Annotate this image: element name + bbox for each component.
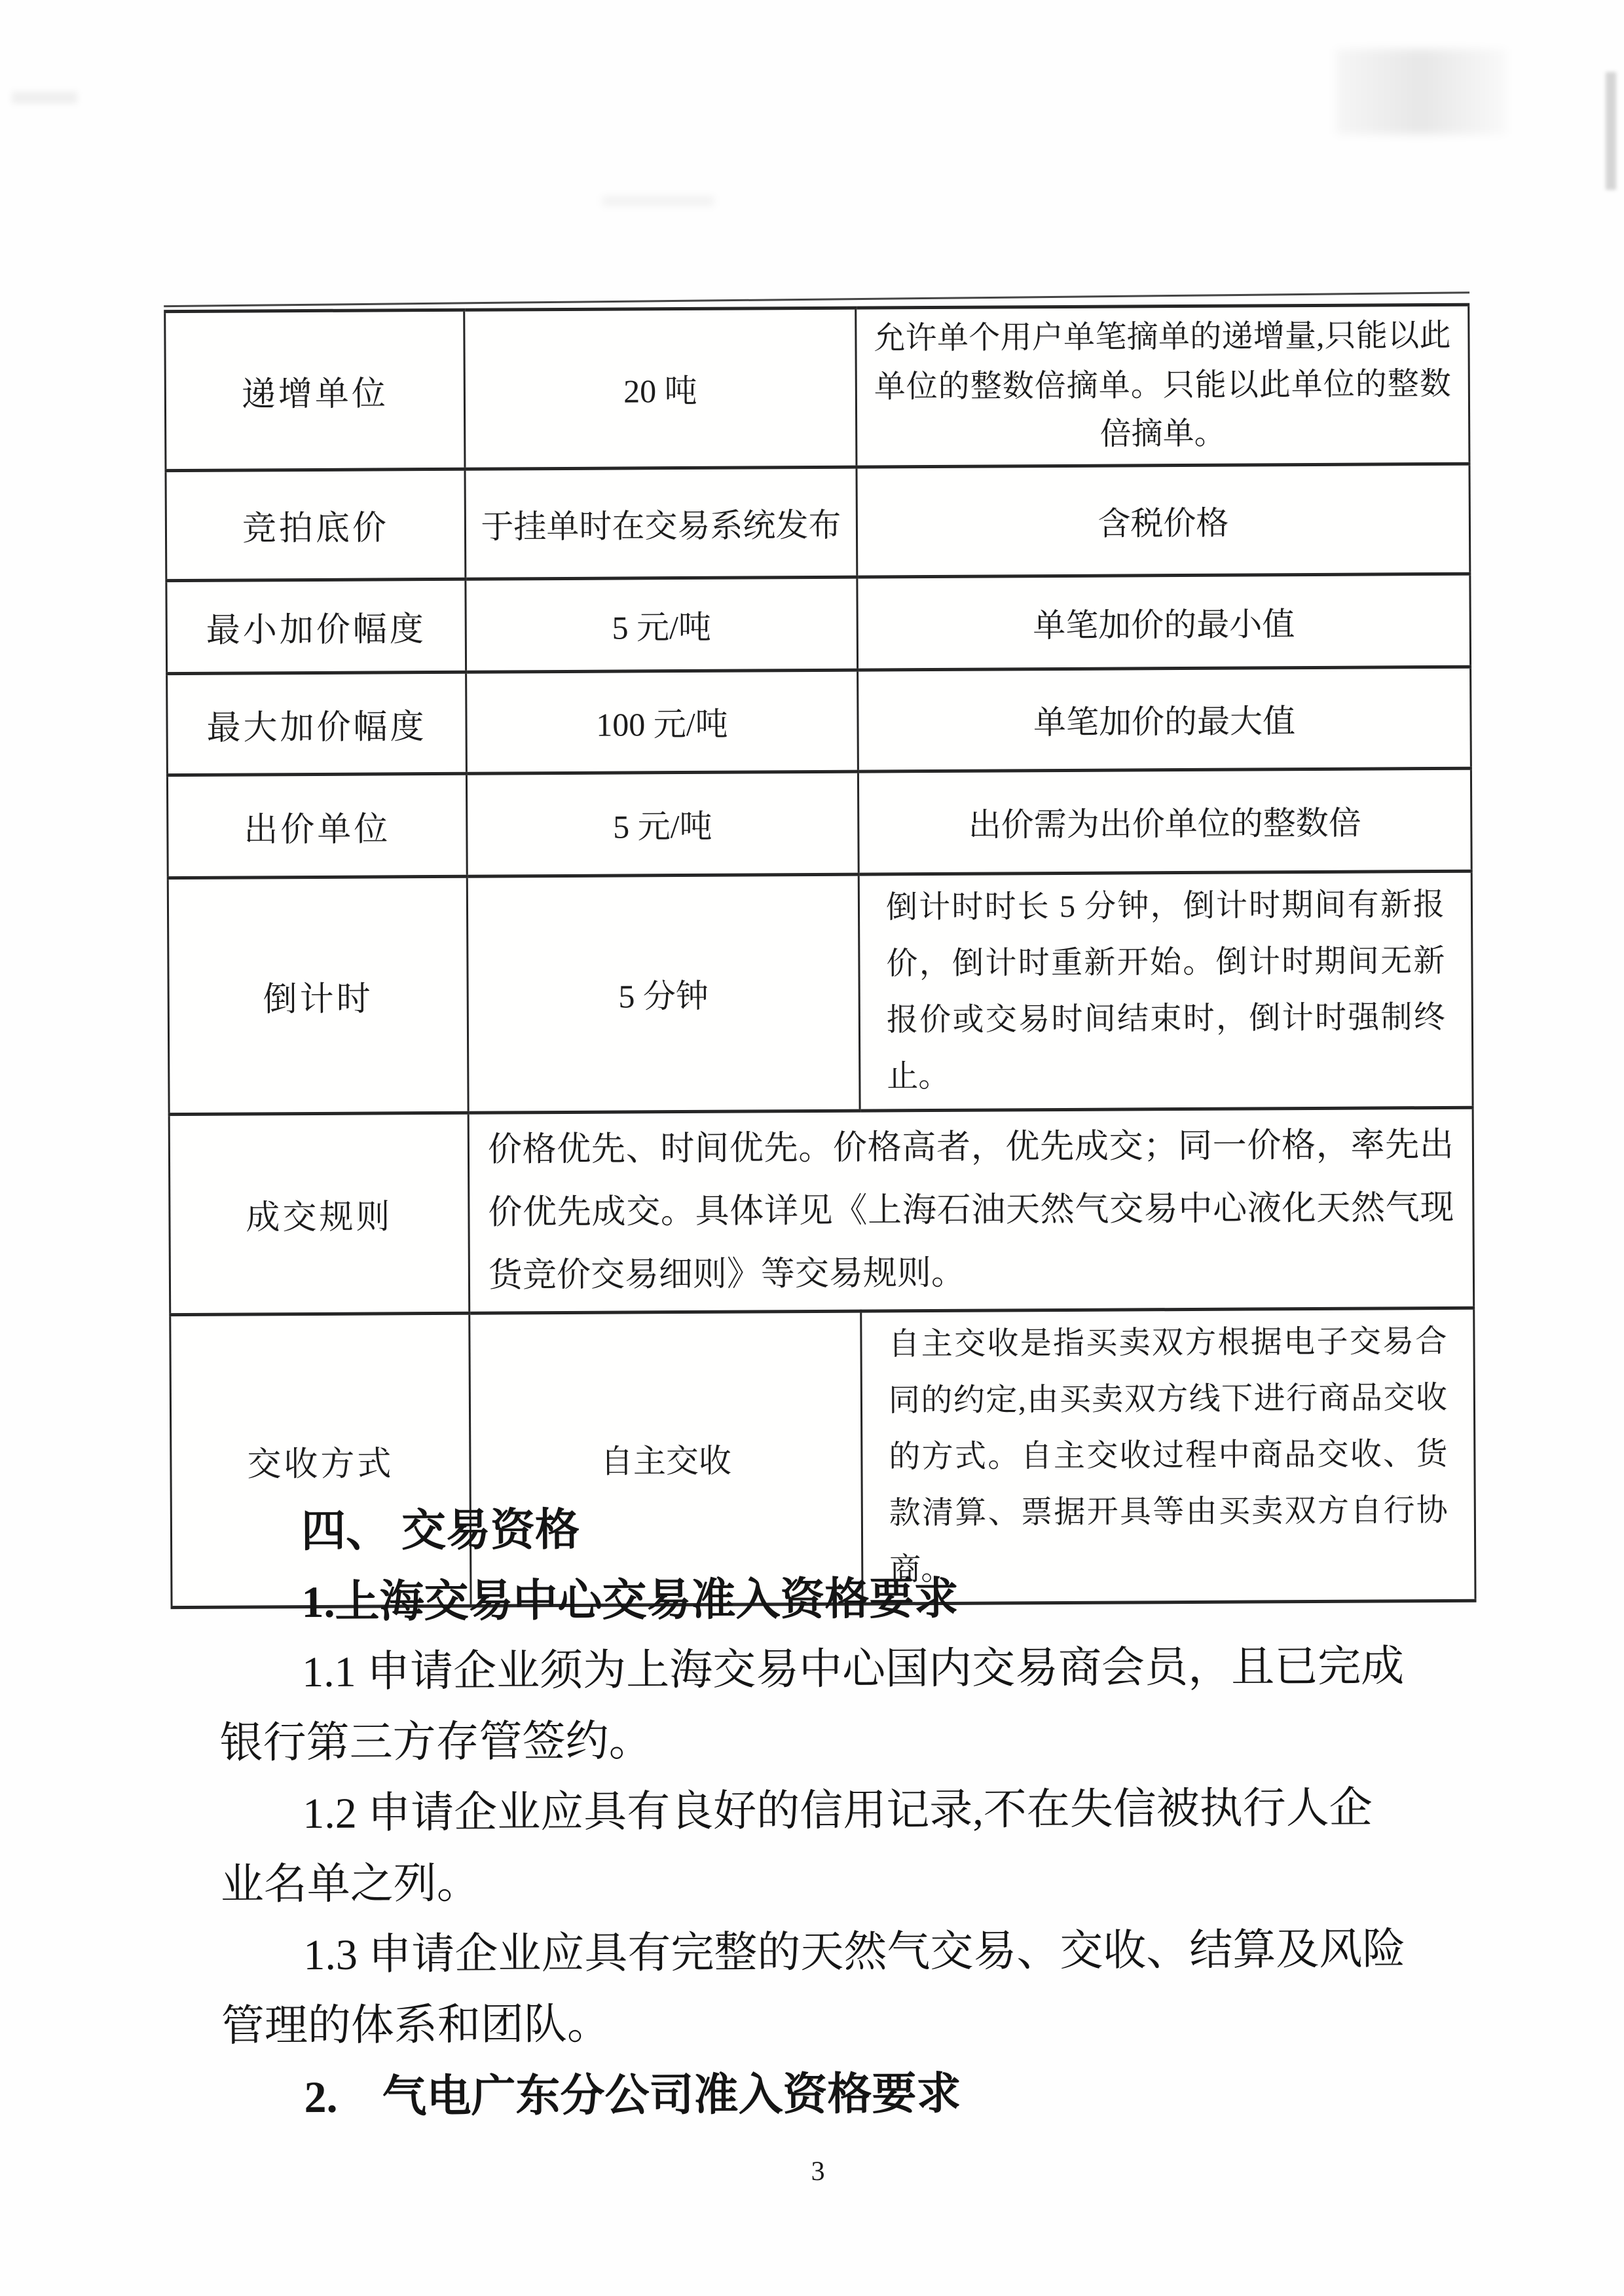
table-row: 成交规则 价格优先、时间优先。价格高者，优先成交；同一价格，率先出价优先成交。具… — [169, 1107, 1474, 1314]
table-row: 出价单位 5 元/吨 出价需为出价单位的整数倍 — [167, 768, 1471, 878]
table-row: 递增单位 20 吨 允许单个用户单笔摘单的递增量,只能以此单位的整数倍摘单。只能… — [165, 305, 1469, 470]
table-row: 最大加价幅度 100 元/吨 单笔加价的最大值 — [167, 667, 1471, 775]
row-value: 于挂单时在交易系统发布 — [465, 467, 857, 579]
paragraph-1-2-line-1: 1.2 申请企业应具有良好的信用记录,不在失信被执行人企 — [220, 1773, 1450, 1850]
row-note: 出价需为出价单位的整数倍 — [858, 768, 1471, 874]
row-label: 递增单位 — [165, 310, 465, 470]
row-note: 倒计时时长 5 分钟，倒计时期间有新报价，倒计时重新开始。倒计时期间无新报价或交… — [858, 871, 1473, 1111]
row-label: 最小加价幅度 — [166, 579, 466, 673]
row-note: 允许单个用户单笔摘单的递增量,只能以此单位的整数倍摘单。只能以此单位的整数倍摘单… — [856, 305, 1469, 467]
row-note: 单笔加价的最小值 — [857, 574, 1471, 670]
page-number: 3 — [6, 2151, 1624, 2191]
row-label: 倒计时 — [168, 876, 468, 1114]
row-value: 5 元/吨 — [466, 577, 858, 672]
paragraph-1-1-line-1: 1.1 申请企业须为上海交易中心国内交易商会员，且已完成 — [219, 1631, 1450, 1709]
row-merged-note: 价格优先、时间优先。价格高者，优先成交；同一价格，率先出价优先成交。具体详见《上… — [468, 1107, 1474, 1313]
row-value: 5 分钟 — [467, 874, 860, 1113]
row-label: 成交规则 — [169, 1113, 470, 1314]
subheading-guangdong-branch-requirements: 2. 气电广东分公司准入资格要求 — [221, 2056, 1452, 2133]
row-label: 出价单位 — [167, 773, 467, 878]
row-value: 20 吨 — [464, 308, 857, 469]
row-label: 竞拍底价 — [166, 469, 466, 580]
row-value: 100 元/吨 — [466, 670, 858, 773]
row-label: 最大加价幅度 — [167, 672, 467, 775]
auction-rules-table: 递增单位 20 吨 允许单个用户单笔摘单的递增量,只能以此单位的整数倍摘单。只能… — [164, 303, 1476, 1609]
paragraph-1-3-line-1: 1.3 申请企业应具有完整的天然气交易、交收、结算及风险 — [221, 1914, 1451, 1991]
row-value: 5 元/吨 — [466, 771, 858, 876]
body-text: 四、 交易资格 1.上海交易中心交易准入资格要求 1.1 申请企业须为上海交易中… — [219, 1490, 1452, 2133]
table-row: 竞拍底价 于挂单时在交易系统发布 含税价格 — [166, 464, 1470, 580]
document-content: 递增单位 20 吨 允许单个用户单笔摘单的递增量,只能以此单位的整数倍摘单。只能… — [0, 0, 1624, 2296]
paragraph-1-3-line-2: 管理的体系和团队。 — [221, 1985, 1452, 2062]
subheading-shanghai-center-requirements: 1.上海交易中心交易准入资格要求 — [219, 1561, 1449, 1638]
row-note: 含税价格 — [857, 464, 1470, 577]
table-row: 最小加价幅度 5 元/吨 单笔加价的最小值 — [166, 574, 1471, 673]
row-note: 单笔加价的最大值 — [858, 667, 1471, 771]
paragraph-1-1-line-2: 银行第三方存管签约。 — [219, 1702, 1450, 1779]
paragraph-1-2-line-2: 业名单之列。 — [221, 1843, 1451, 1921]
scanned-document-page: 递增单位 20 吨 允许单个用户单笔摘单的递增量,只能以此单位的整数倍摘单。只能… — [0, 0, 1624, 2296]
section-heading-trading-qualification: 四、 交易资格 — [219, 1490, 1449, 1567]
table-row: 倒计时 5 分钟 倒计时时长 5 分钟，倒计时期间有新报价，倒计时重新开始。倒计… — [168, 871, 1473, 1114]
